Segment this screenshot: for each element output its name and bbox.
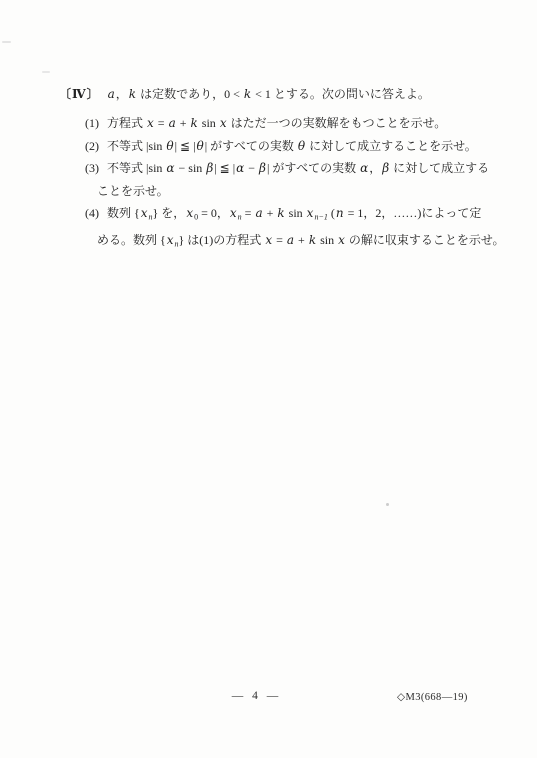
math-segment: θ	[297, 139, 306, 153]
problem-item-line: (4)数列 {xn} を，x0 = 0，xn = a + k sin xn−1 …	[85, 202, 507, 229]
math-segment: sin	[317, 233, 337, 247]
math-segment: ，	[116, 87, 128, 101]
math-segment: の解に収束することを示せ。	[346, 233, 505, 247]
math-segment: 方程式	[107, 116, 146, 130]
problem-item-line: (3)不等式 |sin α − sin β| ≦ |α − β| がすべての実数…	[85, 157, 507, 180]
math-segment: は定数であり，0 <	[137, 87, 243, 101]
math-segment: α	[165, 161, 175, 175]
math-segment: +	[264, 206, 277, 220]
math-segment: k	[276, 206, 285, 220]
math-segment: a	[107, 87, 116, 101]
scan-artifact	[2, 41, 11, 43]
math-segment: α	[359, 161, 369, 175]
math-segment: θ	[165, 139, 174, 153]
problem-item-line: (1)方程式 x = a + k sin x はただ一つの実数解をもつことを示せ…	[85, 112, 507, 135]
math-segment: a	[254, 206, 263, 220]
math-segment: β	[258, 161, 267, 175]
math-segment: x	[166, 233, 175, 247]
math-segment: − sin	[176, 161, 206, 175]
problem-header: 〔Ⅳ〕a，k は定数であり，0 < k < 1 とする。次の問いに答えよ。	[59, 83, 507, 106]
math-segment: x	[185, 206, 194, 220]
math-segment: める。数列 {	[97, 233, 166, 247]
math-segment: a	[168, 116, 177, 130]
problem-item-line: ことを示せ。	[85, 180, 507, 203]
math-segment: 不等式 |sin	[107, 161, 165, 175]
math-segment: | がすべての実数	[205, 139, 297, 153]
problem-statement: a，k は定数であり，0 < k < 1 とする。次の問いに答えよ。	[107, 87, 430, 101]
math-segment: はただ一つの実数解をもつことを示せ。	[228, 116, 447, 130]
scan-artifact	[42, 71, 50, 73]
math-segment: x	[337, 233, 346, 247]
math-segment: (	[328, 206, 335, 220]
math-segment: =	[273, 233, 286, 247]
item-number: (1)	[85, 112, 107, 135]
math-segment: < 1 とする。次の問いに答えよ。	[252, 87, 430, 101]
math-segment: に対して成立することを示せ。	[306, 139, 477, 153]
math-segment: k	[243, 87, 252, 101]
math-segment: に対して成立する	[390, 161, 489, 175]
math-segment: } を，	[153, 206, 186, 220]
math-segment: β	[205, 161, 214, 175]
math-segment: x	[140, 206, 149, 220]
math-segment: θ	[196, 139, 205, 153]
problem-number-label: 〔Ⅳ〕	[59, 87, 100, 101]
math-segment: β	[381, 161, 390, 175]
math-segment: x	[146, 116, 155, 130]
problem-item-line: める。数列 {xn} は(1)の方程式 x = a + k sin x の解に収…	[85, 229, 507, 256]
math-segment: k	[190, 116, 199, 130]
item-number: (3)	[85, 157, 107, 180]
math-segment: | ≦ |	[214, 161, 235, 175]
math-segment: a	[286, 233, 295, 247]
math-segment: sin	[286, 206, 306, 220]
math-segment: } は(1)の方程式	[179, 233, 265, 247]
math-segment: =	[242, 206, 255, 220]
math-segment: +	[177, 116, 190, 130]
math-segment: x	[264, 233, 273, 247]
math-segment: α	[235, 161, 245, 175]
math-segment: 不等式 |sin	[107, 139, 165, 153]
math-segment: x	[219, 116, 228, 130]
math-segment: n	[335, 206, 345, 220]
math-segment: k	[128, 87, 137, 101]
math-segment: n−1	[314, 213, 327, 222]
math-segment: = 1，2，……)によって定	[345, 206, 482, 220]
math-segment: k	[308, 233, 317, 247]
math-segment: sin	[199, 116, 219, 130]
item-number: (4)	[85, 202, 107, 225]
problem-item-line: (2)不等式 |sin θ| ≦ |θ| がすべての実数 θ に対して成立するこ…	[85, 135, 507, 158]
math-segment: 数列 {	[107, 206, 140, 220]
document-code: ◇M3(668—19)	[397, 691, 468, 703]
item-number: (2)	[85, 135, 107, 158]
problem-block: 〔Ⅳ〕a，k は定数であり，0 < k < 1 とする。次の問いに答えよ。 (1…	[59, 83, 507, 256]
math-segment: ，	[369, 161, 381, 175]
math-segment: x	[229, 206, 238, 220]
problem-items: (1)方程式 x = a + k sin x はただ一つの実数解をもつことを示せ…	[85, 112, 507, 256]
exam-page: 〔Ⅳ〕a，k は定数であり，0 < k < 1 とする。次の問いに答えよ。 (1…	[0, 0, 537, 758]
math-segment: = 0，	[198, 206, 229, 220]
math-segment: +	[295, 233, 308, 247]
math-segment: −	[245, 161, 258, 175]
scan-artifact	[386, 503, 389, 506]
math-segment: | ≦ |	[175, 139, 196, 153]
math-segment: ことを示せ。	[97, 184, 169, 198]
math-segment: | がすべての実数	[267, 161, 359, 175]
math-segment: =	[155, 116, 168, 130]
